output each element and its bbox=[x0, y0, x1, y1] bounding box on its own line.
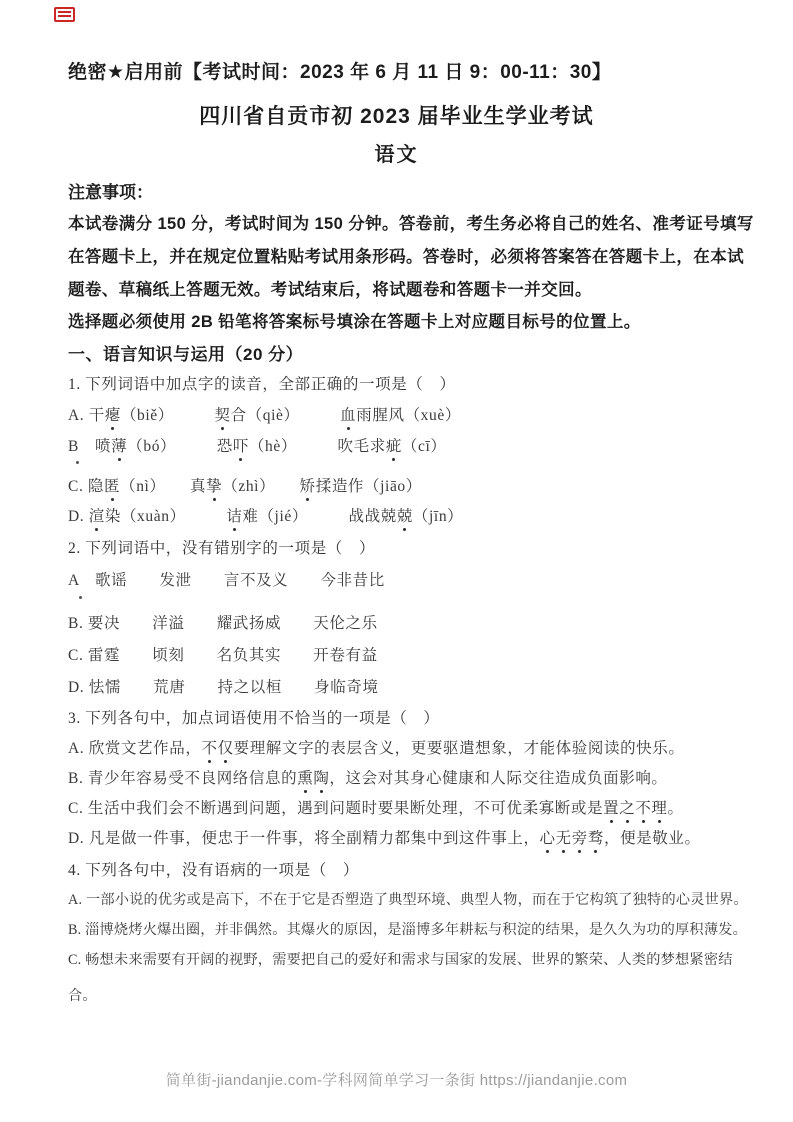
question-1-stem: 1. 下列词语中加点字的读音，全部正确的一项是（ ） bbox=[68, 375, 456, 394]
question-2-option-c: C. 雷霆 顷刻 名负其实 开卷有益 bbox=[68, 646, 378, 665]
question-2-option-b: B. 要决 洋溢 耀武扬威 天伦之乐 bbox=[68, 614, 378, 633]
question-4-stem: 4. 下列各句中，没有语病的一项是（ ） bbox=[68, 861, 359, 880]
stray-dot bbox=[76, 461, 79, 464]
subject-title: 语文 bbox=[0, 143, 793, 168]
question-3-option-d: D. 凡是做一件事，便忠于一件事，将全副精力都集中到这件事上，心无旁骛，便是敬业… bbox=[68, 829, 701, 848]
question-3-option-b: B. 青少年容易受不良网络信息的熏陶，这会对其身心健康和人际交往造成负面影响。 bbox=[68, 769, 668, 788]
question-3-option-c: C. 生活中我们会不断遇到问题，遇到问题时要果断处理，不可优柔寡断或是置之不理。 bbox=[68, 799, 684, 818]
notice-line-1: 本试卷满分 150 分，考试时间为 150 分钟。答卷前，考生务必将自己的姓名、… bbox=[68, 214, 754, 235]
question-3-stem: 3. 下列各句中，加点词语使用不恰当的一项是（ ） bbox=[68, 709, 440, 728]
question-1-option-b: B 喷薄（bó） 恐吓（hè） 吹毛求疵（cī） bbox=[68, 437, 447, 456]
question-3-option-a: A. 欣赏文艺作品，不仅要理解文字的表层含义，更要驱遣想象，才能体验阅读的快乐。 bbox=[68, 739, 684, 758]
notice-line-3: 题卷、草稿纸上答题无效。考试结束后，将试题卷和答题卡一并交回。 bbox=[68, 280, 592, 301]
question-1-option-a: A. 干瘪（biě） 契合（qiè） 血雨腥风（xuè） bbox=[68, 406, 461, 425]
notice-heading: 注意事项： bbox=[68, 182, 153, 203]
question-2-stem: 2. 下列词语中，没有错别字的一项是（ ） bbox=[68, 539, 375, 558]
red-stamp-icon bbox=[54, 7, 75, 22]
question-2-option-d: D. 怯懦 荒唐 持之以桓 身临奇境 bbox=[68, 678, 379, 697]
question-4-option-a: A. 一部小说的优劣或是高下，不在于它是否塑造了典型环境、典型人物，而在于它构筑… bbox=[68, 892, 748, 910]
notice-line-4: 选择题必须使用 2B 铅笔将答案标号填涂在答题卡上对应题目标号的位置上。 bbox=[68, 312, 641, 333]
question-4-option-c-line-1: C. 畅想未来需要有开阔的视野，需要把自己的爱好和需求与国家的发展、世界的繁荣、… bbox=[68, 952, 733, 970]
footer-watermark: 简单街-jiandanjie.com-学科网简单学习一条街 https://ji… bbox=[0, 1072, 793, 1091]
exam-title: 四川省自贡市初 2023 届毕业生学业考试 bbox=[0, 104, 793, 130]
stray-dot bbox=[79, 596, 82, 599]
question-1-option-c: C. 隐匿（nì） 真挚（zhì） 矫揉造作（jiāo） bbox=[68, 477, 422, 496]
question-4-option-b: B. 淄博烧烤火爆出圈，并非偶然。其爆火的原因，是淄博多年耕耘与积淀的结果，是久… bbox=[68, 922, 747, 940]
question-4-option-c-line-2: 合。 bbox=[68, 988, 97, 1006]
exam-paper-page: 绝密★启用前【考试时间：2023 年 6 月 11 日 9：00-11：30】 … bbox=[0, 0, 793, 1122]
question-2-option-a: A 歌谣 发泄 言不及义 今非昔比 bbox=[68, 571, 385, 590]
question-1-option-d: D. 渲染（xuàn） 诘难（jié） 战战兢兢（jīn） bbox=[68, 507, 463, 526]
notice-line-2: 在答题卡上，并在规定位置粘贴考试用条形码。答卷时，必须将答案答在答题卡上，在本试 bbox=[68, 247, 744, 268]
section-heading: 一、语言知识与运用（20 分） bbox=[68, 344, 303, 365]
security-header: 绝密★启用前【考试时间：2023 年 6 月 11 日 9：00-11：30】 bbox=[68, 61, 611, 85]
